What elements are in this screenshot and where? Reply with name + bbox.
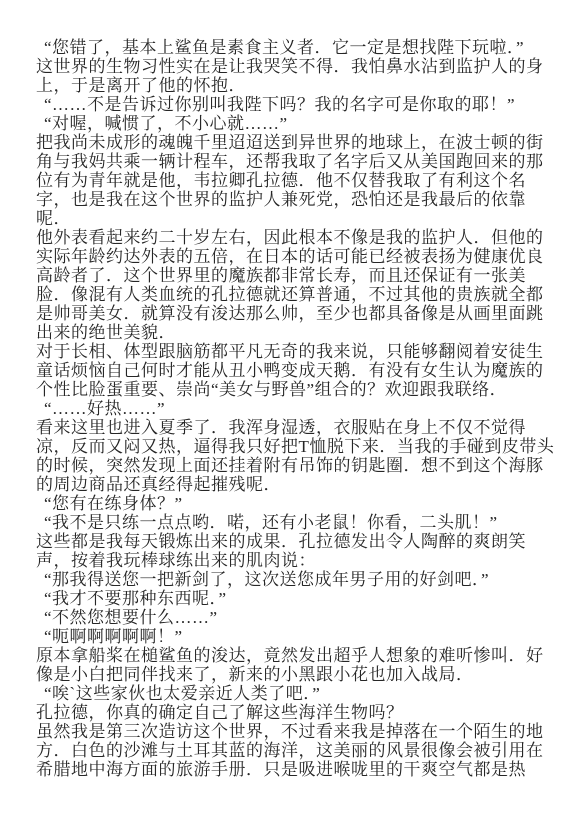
text-line: 他外表看起来约二十岁左右，因此根本不像是我的监护人．但他的 xyxy=(36,228,555,247)
text-line: 呢． xyxy=(36,209,555,228)
text-line: 实际年龄约达外表的五倍，在日本的话可能已经被表扬为健康优良 xyxy=(36,247,555,266)
text-line: “那我得送您一把新剑了，这次送您成年男子用的好剑吧．” xyxy=(36,570,555,589)
text-line: 个性比脸蛋重要、崇尚“美女与野兽”组合的？欢迎跟我联络． xyxy=(36,380,555,399)
text-line: 的时候，突然发现上面还挂着附有吊饰的钥匙圈．想不到这个海豚 xyxy=(36,456,555,475)
text-line: 出来的绝世美貌． xyxy=(36,323,555,342)
text-line: 上，于是离开了他的怀抱． xyxy=(36,76,555,95)
text-line: “不然您想要什么……” xyxy=(36,608,555,627)
text-line: 希腊地中海方面的旅游手册．只是吸进喉咙里的干爽空气都是热 xyxy=(36,760,555,779)
text-line: “……不是告诉过你别叫我陛下吗？我的名字可是你取的耶！” xyxy=(36,95,555,114)
text-line: 原本拿船桨在槌鲨鱼的浚达，竟然发出超乎人想象的难听惨叫．好 xyxy=(36,646,555,665)
text-line: 是帅哥美女．就算没有浚达那么帅，至少也都具备像是从画里面跳 xyxy=(36,304,555,323)
document-page: “您错了，基本上鲨鱼是素食主义者．它一定是想找陛下玩啦．” 这世界的生物习性实在… xyxy=(0,0,583,828)
text-line: “……好热……” xyxy=(36,399,555,418)
text-line: 孔拉德，你真的确定自己了解这些海洋生物吗？ xyxy=(36,703,555,722)
text-line: “对喔，喊惯了，不小心就……” xyxy=(36,114,555,133)
text-line: “您错了，基本上鲨鱼是素食主义者．它一定是想找陛下玩啦．” xyxy=(36,38,555,57)
text-line: 虽然我是第三次造访这个世界，不过看来我是掉落在一个陌生的地 xyxy=(36,722,555,741)
text-line: 的周边商品还真经得起摧残呢． xyxy=(36,475,555,494)
text-line: 高龄者了．这个世界里的魔族都非常长寿，而且还保证有一张美 xyxy=(36,266,555,285)
text-line: “唉`这些家伙也太爱亲近人类了吧．” xyxy=(36,684,555,703)
text-line: 角与我妈共乘一辆计程车，还帮我取了名字后又从美国跑回来的那 xyxy=(36,152,555,171)
text-line: 凉，反而又闷又热，逼得我只好把T恤脱下来．当我的手碰到皮带头 xyxy=(36,437,555,456)
text-line: 这世界的生物习性实在是让我哭笑不得．我怕鼻水沾到监护人的身 xyxy=(36,57,555,76)
text-line: 看来这里也进入夏季了．我浑身湿透，衣服贴在身上不仅不觉得 xyxy=(36,418,555,437)
text-line: 方．白色的沙滩与土耳其蓝的海洋，这美丽的风景很像会被引用在 xyxy=(36,741,555,760)
text-line: 像是小白把同伴找来了，新来的小黑跟小花也加入战局． xyxy=(36,665,555,684)
text-line: “我才不要那种东西呢．” xyxy=(36,589,555,608)
text-line: 对于长相、体型跟脑筋都平凡无奇的我来说，只能够翻阅着安徒生 xyxy=(36,342,555,361)
text-line: 位有为青年就是他，韦拉卿孔拉德．他不仅替我取了有利这个名 xyxy=(36,171,555,190)
text-line: 脸．像混有人类血统的孔拉德就还算普通，不过其他的贵族就全都 xyxy=(36,285,555,304)
text-line: “呃啊啊啊啊啊！” xyxy=(36,627,555,646)
text-line: 把我尚未成形的魂魄千里迢迢送到异世界的地球上，在波士顿的街 xyxy=(36,133,555,152)
text-line: 这些都是我每天锻炼出来的成果．孔拉德发出令人陶醉的爽朗笑 xyxy=(36,532,555,551)
novel-text-block: “您错了，基本上鲨鱼是素食主义者．它一定是想找陛下玩啦．” 这世界的生物习性实在… xyxy=(36,38,555,779)
text-line: 声，按着我玩棒球练出来的肌肉说： xyxy=(36,551,555,570)
text-line: 字，也是我在这个世界的监护人兼死党，恐怕还是我最后的依靠 xyxy=(36,190,555,209)
text-line: 童话烦恼自己何时才能从丑小鸭变成天鹅．有没有女生认为魔族的 xyxy=(36,361,555,380)
text-line: “我不是只练一点点哟．喏，还有小老鼠！你看，二头肌！” xyxy=(36,513,555,532)
text-line: “您有在练身体？” xyxy=(36,494,555,513)
